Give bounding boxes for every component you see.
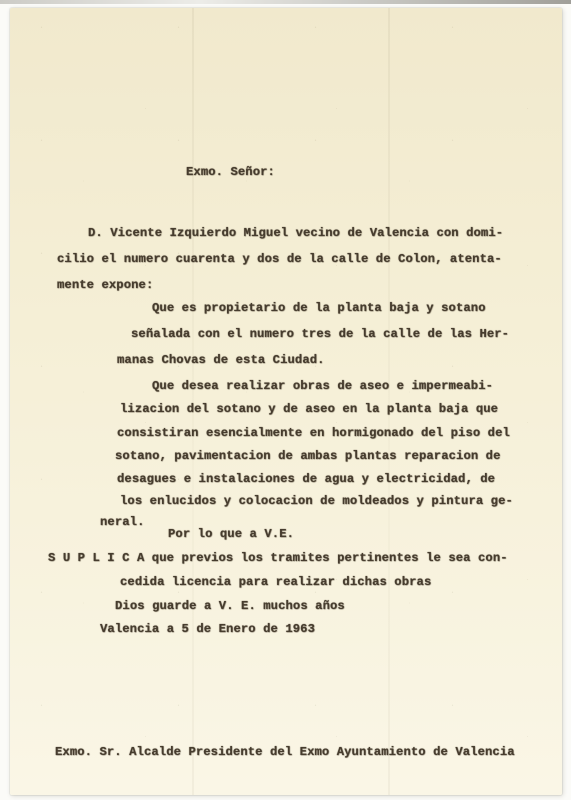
body-line: desagues e instalaciones de agua y elect… (117, 472, 495, 487)
pre-suplica-line: Por lo que a V.E. (168, 527, 294, 542)
body-line: consistiran esencialmente en hormigonado… (117, 426, 510, 441)
body-line: neral. (100, 515, 144, 530)
body-line: cilio el numero cuarenta y dos de la cal… (57, 252, 502, 267)
scanned-letter: Exmo. Señor: D. Vicente Izquierdo Miguel… (0, 0, 571, 800)
body-line: mente expone: (57, 278, 153, 293)
body-line: sotano, pavimentacion de ambas plantas r… (115, 449, 501, 464)
body-line: lizacion del sotano y de aseo en la plan… (120, 402, 498, 417)
body-line: señalada con el numero tres de la calle … (131, 327, 509, 342)
body-line: manas Chovas de esta Ciudad. (117, 353, 325, 368)
suplica-line: S U P L I C A que previos los tramites p… (48, 551, 508, 566)
body-line: los enlucidos y colocacion de moldeados … (120, 494, 513, 509)
scanner-edge-shadow (0, 0, 571, 4)
valediction-line: Dios guarde a V. E. muchos años (115, 599, 345, 614)
body-line: Que desea realizar obras de aseo e imper… (152, 379, 493, 394)
body-line: D. Vicente Izquierdo Miguel vecino de Va… (88, 226, 503, 241)
salutation-line: Exmo. Señor: (186, 165, 275, 180)
addressee-line: Exmo. Sr. Alcalde Presidente del Exmo Ay… (55, 745, 515, 760)
date-line: Valencia a 5 de Enero de 1963 (100, 622, 315, 637)
body-line: Que es propietario de la planta baja y s… (152, 301, 486, 316)
body-line: cedida licencia para realizar dichas obr… (120, 575, 431, 590)
